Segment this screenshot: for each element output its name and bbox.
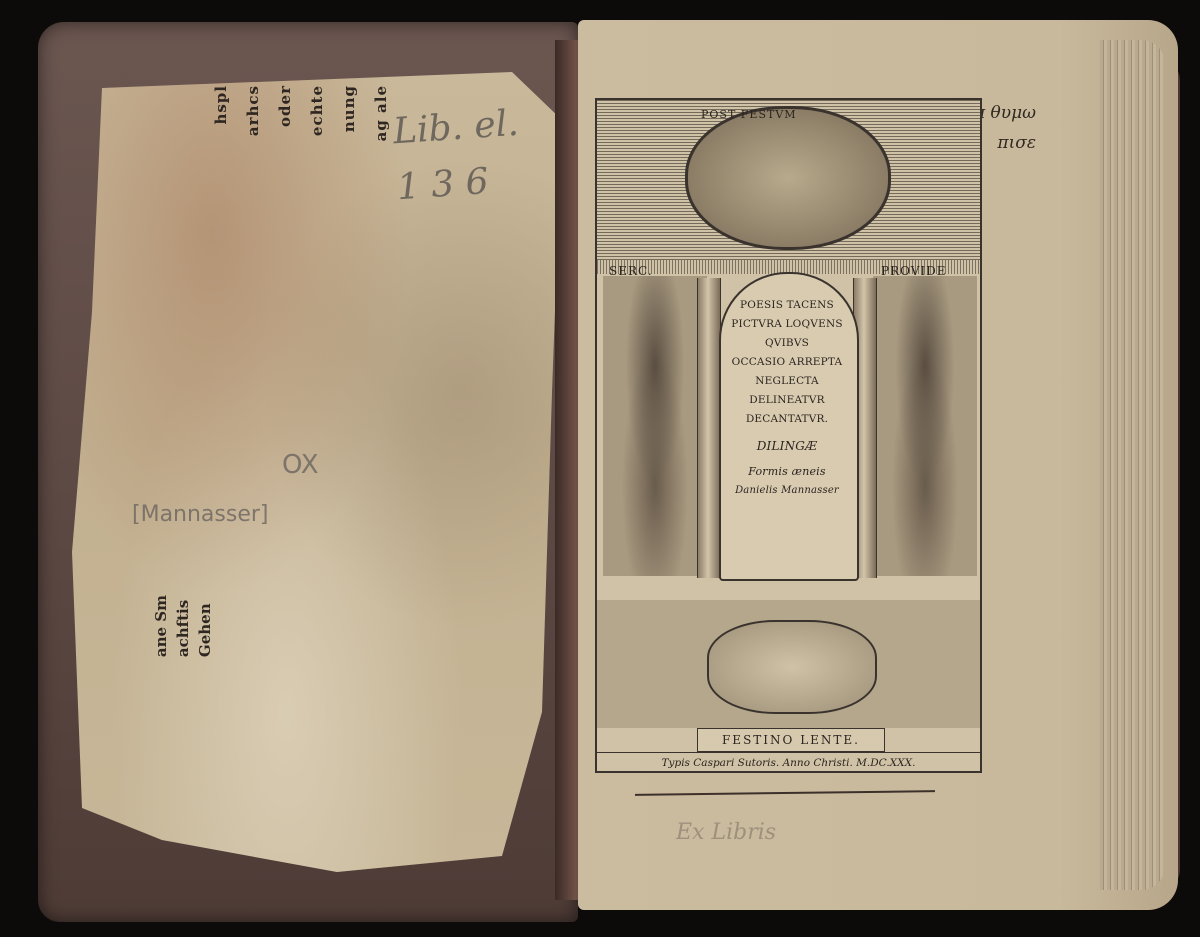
right-figure-panel bbox=[873, 276, 977, 576]
manuscript-shelfmark: Lib. el. 1 3 6 bbox=[391, 96, 524, 216]
place-of-printing: DILINGÆ bbox=[721, 437, 853, 456]
title-line: DECANTATVR. bbox=[721, 410, 853, 429]
formis-line: Formis æneis bbox=[721, 462, 853, 481]
title-line: QVIBVS bbox=[721, 334, 853, 353]
fragment-line: Gehen bbox=[196, 603, 214, 657]
printed-fragment-column: nung bbox=[340, 85, 358, 132]
bird-emblem-cartouche bbox=[707, 620, 877, 714]
top-cartouche-label: POST FESTVM bbox=[701, 108, 797, 121]
title-line: DELINEATVR bbox=[721, 391, 853, 410]
fragment-line: achftis bbox=[174, 600, 192, 657]
printed-fragment-column: oder bbox=[276, 85, 294, 127]
title-line: POESIS TACENS bbox=[721, 296, 853, 315]
faded-manuscript-inscription: Ex Libris bbox=[676, 820, 776, 845]
engraver-line: Danielis Mannasser bbox=[721, 481, 853, 500]
lower-printed-fragment: ane Sm achftis Gehen bbox=[150, 595, 216, 657]
title-text-block: POESIS TACENS PICTVRA LOQVENS QVIBVS OCC… bbox=[721, 296, 853, 500]
title-line: OCCASIO ARREPTA bbox=[721, 353, 853, 372]
shelfmark-line: Lib. el. bbox=[392, 103, 520, 153]
printed-fragment-column: arhcs bbox=[244, 85, 262, 136]
manuscript-attribution: [Mannasser] bbox=[132, 502, 269, 527]
right-panel-label: PROVIDE bbox=[881, 264, 947, 278]
printed-fragment-column: ag ale bbox=[372, 85, 390, 141]
left-figure-panel bbox=[603, 276, 707, 576]
greek-line: πισε bbox=[997, 133, 1036, 153]
title-line: NEGLECTA bbox=[721, 372, 853, 391]
fragment-line: ane Sm bbox=[152, 595, 170, 657]
left-column bbox=[697, 278, 721, 578]
page-edges bbox=[1100, 40, 1165, 890]
left-panel-label: SERC. bbox=[609, 264, 653, 278]
top-cartouche-scene bbox=[685, 106, 891, 250]
title-line: PICTVRA LOQVENS bbox=[721, 315, 853, 334]
book-photograph: hspl arhcs oder echte nung ag ale ane Sm… bbox=[0, 0, 1200, 937]
engraved-title-plate: POST FESTVM SERC. PROVIDE POESIS TACENS … bbox=[595, 98, 982, 773]
printed-fragment-column: hspl bbox=[212, 85, 230, 125]
motto: FESTINO LENTE. bbox=[697, 728, 885, 752]
manuscript-ox-note: OX bbox=[282, 450, 319, 480]
shelfmark-line: 1 3 6 bbox=[396, 161, 490, 208]
imprint-line: Typis Caspari Sutoris. Anno Christi. M.D… bbox=[597, 752, 980, 773]
printed-fragment-column: echte bbox=[308, 85, 326, 136]
